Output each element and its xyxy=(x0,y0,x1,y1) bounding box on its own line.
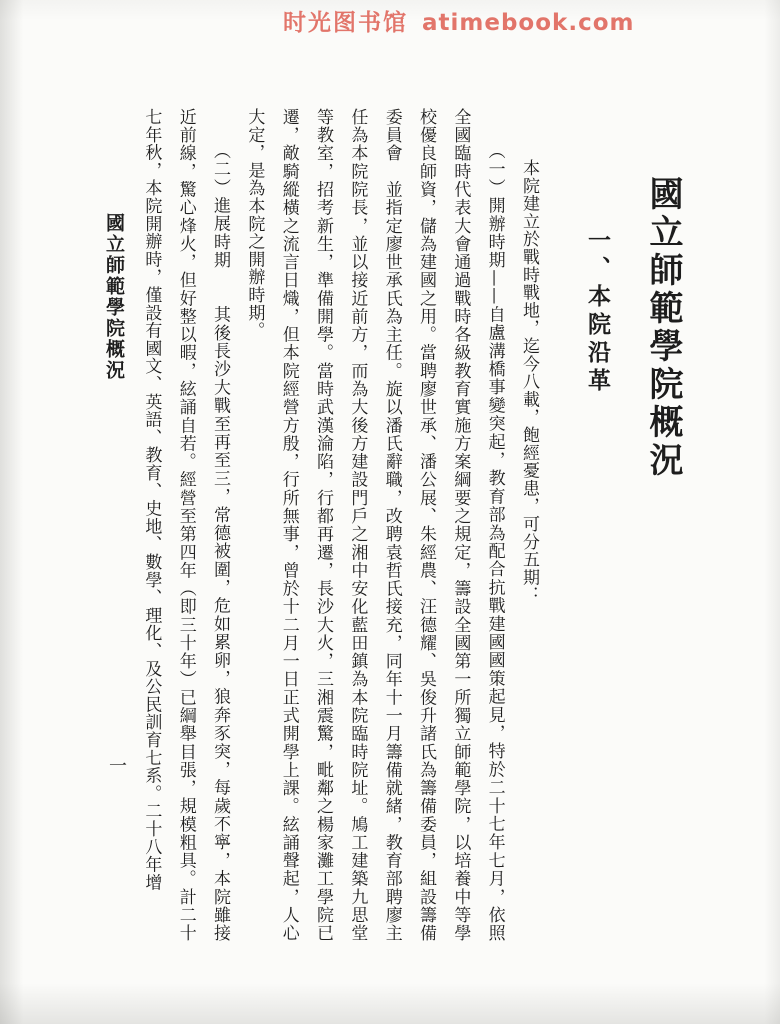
watermark-site-text: atimebook.com xyxy=(422,10,634,36)
scanned-page: 时光图书馆atimebook.com 國立師範學院概況 一、本院沿革 本院建立於… xyxy=(0,0,780,1024)
running-title: 國立師範學院概況 xyxy=(101,213,128,381)
watermark: 时光图书馆atimebook.com xyxy=(283,4,634,37)
document-body: 本院建立於戰時戰地，迄今八載，飽經憂患，可分五期： （一）開辦時期——自盧溝橋事… xyxy=(134,108,546,942)
page-number: 一 xyxy=(103,756,129,774)
watermark-library-name: 时光图书馆 xyxy=(283,10,408,36)
document-title: 國立師範學院概況 xyxy=(639,176,688,480)
paragraph: 本院建立於戰時戰地，迄今八載，飽經憂患，可分五期： xyxy=(512,108,546,942)
section-heading: 一、本院沿革 xyxy=(581,228,614,396)
paragraph: （一）開辦時期——自盧溝橋事變突起，教育部為配合抗戰建國國策起見，特於二十七年七… xyxy=(237,108,512,942)
paragraph: （二）進展時期 其後長沙大戰至再至三，常德被圍，危如累卵，狼奔豕突，每歲不寧，本… xyxy=(134,108,237,942)
